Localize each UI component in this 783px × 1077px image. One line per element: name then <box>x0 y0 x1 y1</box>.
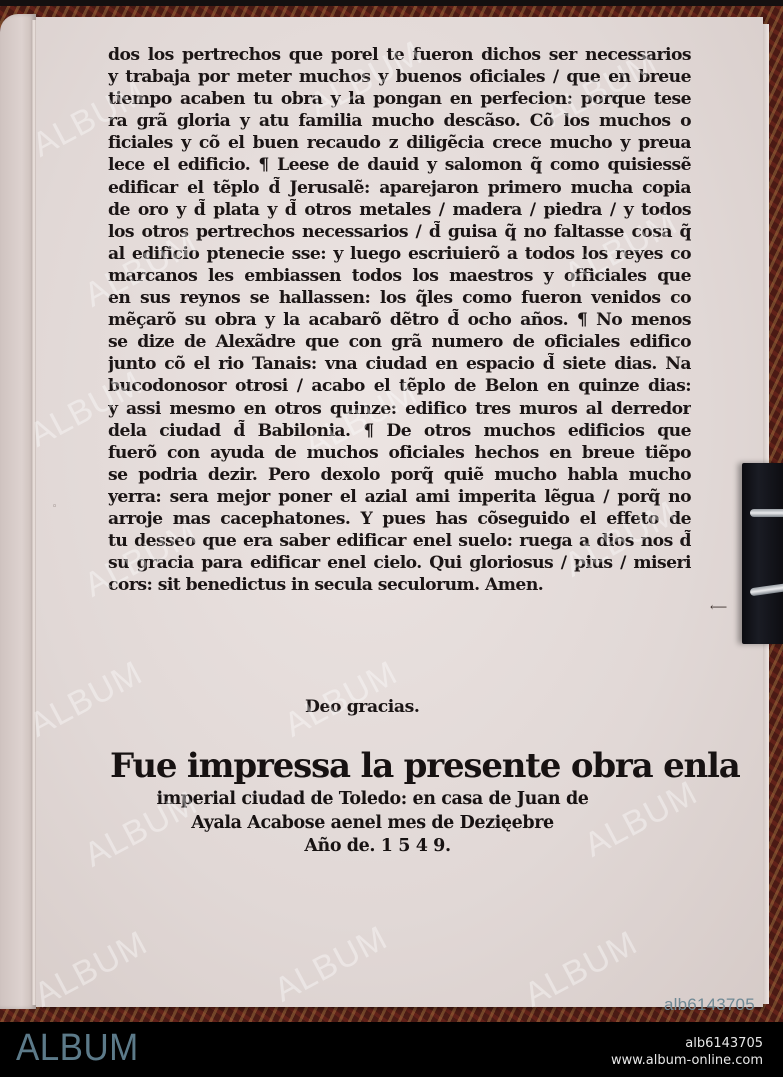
album-logo[interactable]: ALBUM <box>16 1026 139 1070</box>
text-line: mẽçarõ su obra y la acabarõ dẽtro d̃ och… <box>108 309 691 331</box>
text-line: lece el edificio. ¶ Leese de dauid y sal… <box>108 154 691 176</box>
footer-url-link[interactable]: www.album-online.com <box>611 1053 763 1069</box>
body-text: dos los pertrechos que porel te fueron d… <box>108 44 691 596</box>
clip-ring-icon <box>750 584 783 597</box>
text-line: yerra: sera mejor poner el azial ami imp… <box>108 486 691 508</box>
margin-arrow-icon: ⟵ <box>710 600 727 614</box>
colophon-line: Ayala Acabose aenel mes de Dezięebre <box>50 812 695 836</box>
colophon-date: Año de. 1 5 4 9. <box>60 835 695 859</box>
text-line: fuerõ con ayuda de muchos oficiales hech… <box>108 442 691 464</box>
text-line: tu desseo que era saber edificar enel su… <box>108 530 691 552</box>
text-line: marcanos les embiassen todos los maestro… <box>108 265 691 287</box>
text-line: bucodonosor otrosi / acabo el tẽplo de B… <box>108 375 691 397</box>
text-line: su gracia para edificar enel cielo. Qui … <box>108 552 691 574</box>
book-clip <box>742 463 783 644</box>
closing-line: Deo gracias. <box>305 697 420 717</box>
colophon-line: imperial ciudad de Toledo: en casa de Ju… <box>50 788 695 812</box>
text-line: arroje mas cacephatones. Y pues has cõse… <box>108 508 691 530</box>
text-line: al edificio ptenecie sse: y luego escriu… <box>108 243 691 265</box>
footer-image-id: alb6143705 <box>685 1036 763 1052</box>
frame-shadow <box>0 0 783 6</box>
colophon: Fue impressa la presente obra enla imper… <box>110 744 695 859</box>
text-line: dela ciudad d̃ Babilonia. ¶ De otros muc… <box>108 420 691 442</box>
text-line: edificar el tẽplo d̃ Jerusalẽ: aparejaro… <box>108 177 691 199</box>
text-line: los otros pertrechos necessarios / d̃ gu… <box>108 221 691 243</box>
margin-mark-icon: ◦ <box>52 502 57 512</box>
text-line: ra grã gloria y atu familia mucho descãs… <box>108 110 691 132</box>
text-line: de oro y d̃ plata y d̃ otros metales / m… <box>108 199 691 221</box>
text-line: tiempo acaben tu obra y la pongan en per… <box>108 88 691 110</box>
text-line: cors: sit benedictus in secula seculorum… <box>108 574 691 596</box>
text-line: junto cõ el rio Tanais: vna ciudad en es… <box>108 353 691 375</box>
text-line: se podria dezir. Pero dexolo porq̃ quiẽ … <box>108 464 691 486</box>
text-line: y trabaja por meter muchos y buenos ofic… <box>108 66 691 88</box>
text-line: en sus reynos se hallassen: los q̃les co… <box>108 287 691 309</box>
text-line: dos los pertrechos que porel te fueron d… <box>108 44 691 66</box>
image-id-overlay: alb6143705 <box>664 995 755 1015</box>
colophon-heading: Fue impressa la presente obra enla <box>110 744 695 788</box>
text-line: ficiales y cõ el buen recaudo z diligẽci… <box>108 132 691 154</box>
text-line: y assi mesmo en otros quinze: edifico tr… <box>108 398 691 420</box>
text-line: se dize de Alexãdre que con grã numero d… <box>108 331 691 353</box>
clip-ring-icon <box>750 509 783 517</box>
footer-bar: ALBUM alb6143705 www.album-online.com <box>0 1022 783 1077</box>
